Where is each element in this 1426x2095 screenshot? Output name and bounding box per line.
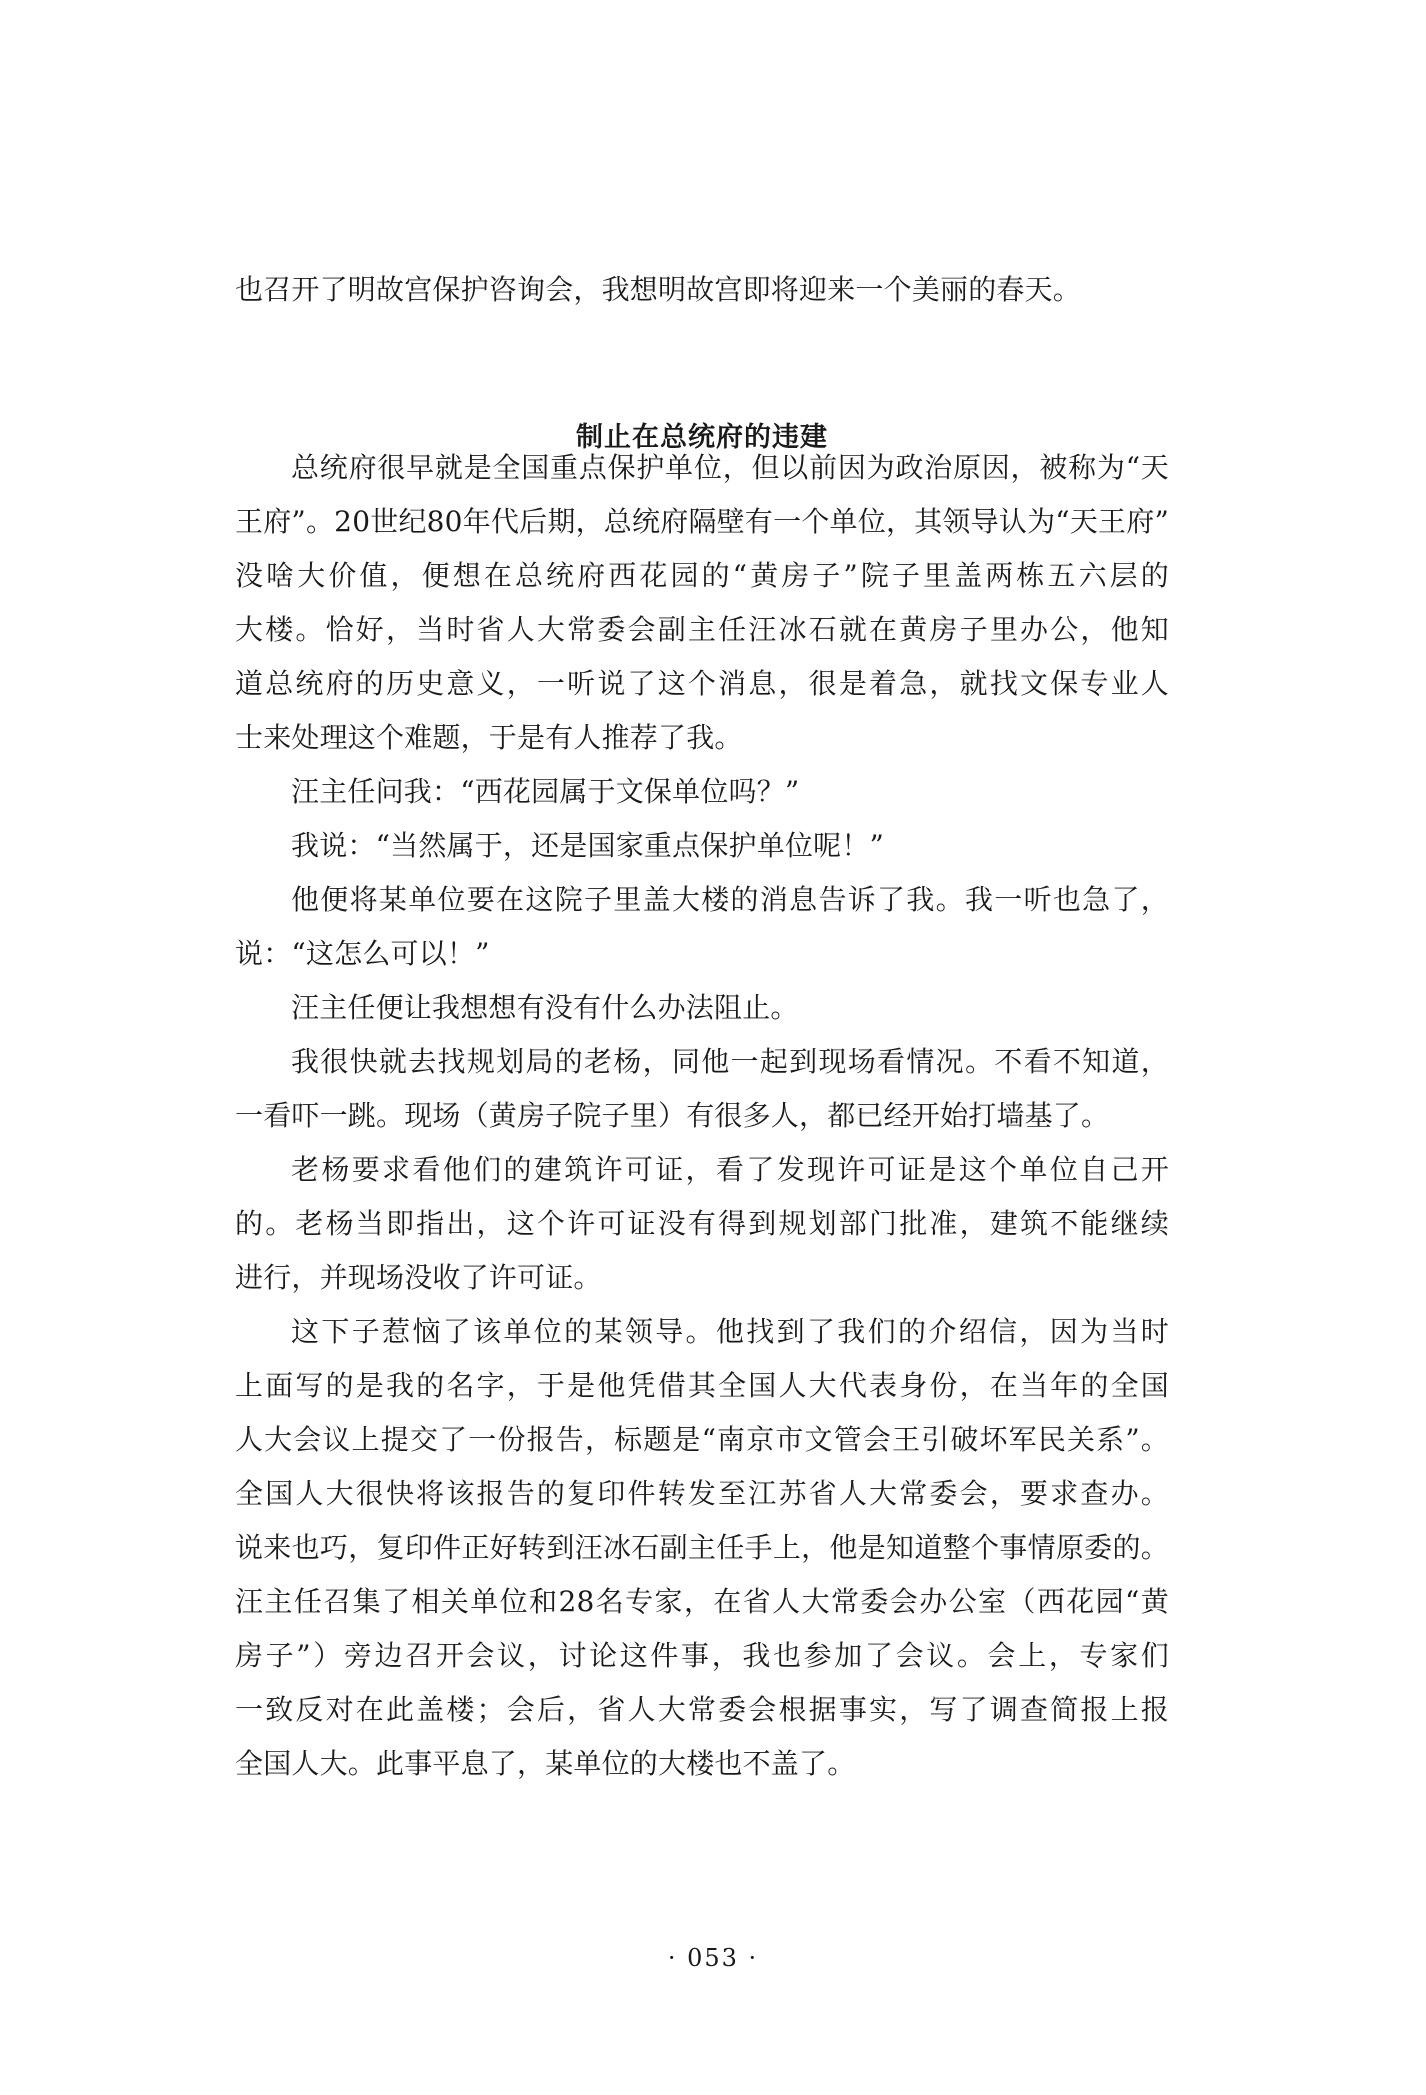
section-body: 总统府很早就是全国重点保护单位，但以前因为政治原因，被称为“天王府”。20世纪8…	[235, 441, 1169, 1791]
text-line: 人大会议上提交了一份报告，标题是“南京市文管会王引破坏军民关系”。	[235, 1413, 1169, 1467]
page-number: · 053 ·	[0, 1938, 1426, 1978]
text-line: 他便将某单位要在这院子里盖大楼的消息告诉了我。我一听也急了，	[235, 873, 1169, 927]
carryover-paragraph: 也召开了明故宫保护咨询会，我想明故宫即将迎来一个美丽的春天。	[235, 263, 1169, 317]
text-line: 大楼。恰好，当时省人大常委会副主任汪冰石就在黄房子里办公，他知	[235, 603, 1169, 657]
text-line: 房子”）旁边召开会议，讨论这件事，我也参加了会议。会上，专家们	[235, 1629, 1169, 1683]
paragraph: 汪主任问我：“西花园属于文保单位吗？”	[235, 765, 1169, 819]
text-line: 道总统府的历史意义，一听说了这个消息，很是着急，就找文保专业人	[235, 657, 1169, 711]
paragraph: 老杨要求看他们的建筑许可证，看了发现许可证是这个单位自己开的。老杨当即指出，这个…	[235, 1143, 1169, 1305]
text-line: 士来处理这个难题，于是有人推荐了我。	[235, 711, 1169, 765]
text-line: 汪主任便让我想想有没有什么办法阻止。	[235, 981, 1169, 1035]
text-line: 汪主任召集了相关单位和28名专家，在省人大常委会办公室（西花园“黄	[235, 1575, 1169, 1629]
text-line: 一看吓一跳。现场（黄房子院子里）有很多人，都已经开始打墙基了。	[235, 1089, 1169, 1143]
paragraph: 这下子惹恼了该单位的某领导。他找到了我们的介绍信，因为当时上面写的是我的名字，于…	[235, 1305, 1169, 1791]
text-line: 全国人大。此事平息了，某单位的大楼也不盖了。	[235, 1737, 1169, 1791]
text-line: 说：“这怎么可以！”	[235, 927, 1169, 981]
text-line: 进行，并现场没收了许可证。	[235, 1251, 1169, 1305]
text-line: 这下子惹恼了该单位的某领导。他找到了我们的介绍信，因为当时	[235, 1305, 1169, 1359]
text-line: 全国人大很快将该报告的复印件转发至江苏省人大常委会，要求查办。	[235, 1467, 1169, 1521]
text-line: 老杨要求看他们的建筑许可证，看了发现许可证是这个单位自己开	[235, 1143, 1169, 1197]
paragraph: 我说：“当然属于，还是国家重点保护单位呢！”	[235, 819, 1169, 873]
text-line: 上面写的是我的名字，于是他凭借其全国人大代表身份，在当年的全国	[235, 1359, 1169, 1413]
text-line: 的。老杨当即指出，这个许可证没有得到规划部门批准，建筑不能继续	[235, 1197, 1169, 1251]
text-line: 我说：“当然属于，还是国家重点保护单位呢！”	[235, 819, 1169, 873]
paragraph: 总统府很早就是全国重点保护单位，但以前因为政治原因，被称为“天王府”。20世纪8…	[235, 441, 1169, 765]
text-line: 也召开了明故宫保护咨询会，我想明故宫即将迎来一个美丽的春天。	[235, 263, 1169, 317]
paragraph: 我很快就去找规划局的老杨，同他一起到现场看情况。不看不知道，一看吓一跳。现场（黄…	[235, 1035, 1169, 1143]
text-line: 说来也巧，复印件正好转到汪冰石副主任手上，他是知道整个事情原委的。	[235, 1521, 1169, 1575]
paragraph: 汪主任便让我想想有没有什么办法阻止。	[235, 981, 1169, 1035]
text-line: 没啥大价值，便想在总统府西花园的“黄房子”院子里盖两栋五六层的	[235, 549, 1169, 603]
text-line: 总统府很早就是全国重点保护单位，但以前因为政治原因，被称为“天	[235, 441, 1169, 495]
text-line: 一致反对在此盖楼；会后，省人大常委会根据事实，写了调查简报上报	[235, 1683, 1169, 1737]
text-line: 汪主任问我：“西花园属于文保单位吗？”	[235, 765, 1169, 819]
text-line: 王府”。20世纪80年代后期，总统府隔壁有一个单位，其领导认为“天王府”	[235, 495, 1169, 549]
text-line: 我很快就去找规划局的老杨，同他一起到现场看情况。不看不知道，	[235, 1035, 1169, 1089]
paragraph: 他便将某单位要在这院子里盖大楼的消息告诉了我。我一听也急了，说：“这怎么可以！”	[235, 873, 1169, 981]
